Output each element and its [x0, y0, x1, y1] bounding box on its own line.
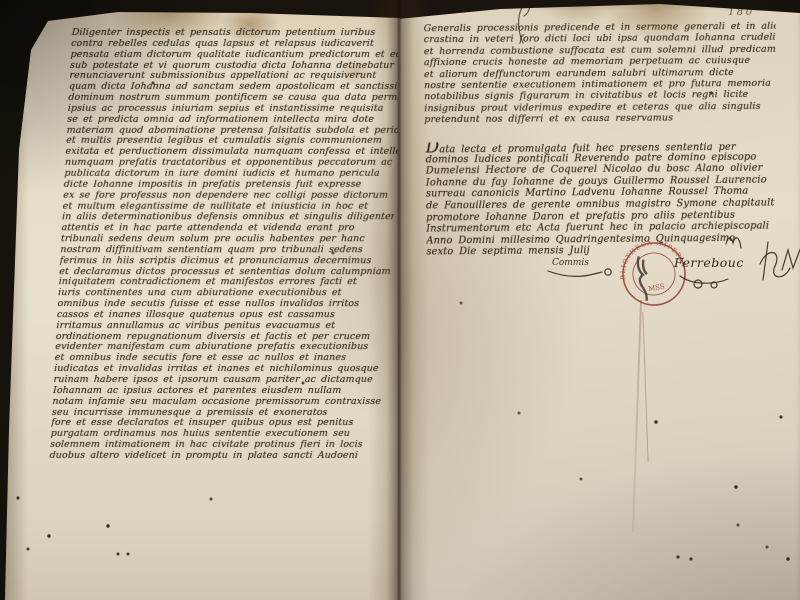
manuscript-line: se et predicta omnia ad informationem in…	[67, 115, 400, 126]
page-crease	[632, 300, 642, 532]
signature-name: Ferrebouc	[673, 255, 744, 270]
notary-signature: Ferrebouc	[664, 234, 800, 306]
manuscript-left-page: Diligenter inspectis et pensatis dictoru…	[0, 0, 400, 600]
manuscript-line: et multum elegantissime de nullitate et …	[62, 202, 395, 213]
manuscript-line: et multis presentia legibus et cumulatis…	[66, 136, 399, 147]
manuscript-line: iudicatas et invalidas irritas et inanes…	[54, 364, 387, 375]
manuscript-line: evidenter manifestam cum abiuratione pre…	[55, 342, 388, 353]
manuscript-line: duobus altero videlicet in promptu in pl…	[49, 451, 382, 462]
manuscript-line: ipsius ac processus iniuriam sepius et i…	[67, 104, 400, 115]
signature-underline-flourish	[680, 276, 728, 283]
manuscript-line: ruinam habere ipsos et ipsorum causam pa…	[53, 375, 386, 386]
manuscript-line: publicata dictorum in iure domini iudici…	[64, 169, 397, 180]
foxing-specks-right	[398, 0, 400, 2]
manuscript-line: et declaramus dictos processus et senten…	[59, 267, 392, 278]
marginal-note-text: Commis	[552, 258, 589, 268]
folio-number: 180	[728, 7, 755, 18]
manuscript-line: quam dicta Iohanna ad sanctam sedem apos…	[69, 82, 402, 93]
manuscript-line: Diligenter inspectis et pensatis dictoru…	[71, 28, 404, 39]
manuscript-line: dominum nostrum summum pontificem se cau…	[68, 93, 401, 104]
manuscript-line: attentis et in hac parte attendenda et v…	[61, 223, 394, 234]
manuscript-line: cassos et inanes illosque quatenus opus …	[57, 310, 390, 321]
manuscript-line: numquam prefatis tractatoribus et oppone…	[65, 158, 398, 169]
manuscript-right-page: 180 Generalis processionis predicende et…	[398, 0, 800, 600]
manuscript-line: pretendunt nos differri et ex causa rese…	[424, 112, 776, 126]
manuscript-line: materiam quod abominatione pretensa fals…	[66, 126, 399, 137]
manuscript-line: iniquitatem contradictionem et manifesto…	[58, 277, 391, 288]
pen-trail-line	[642, 312, 648, 462]
manuscript-line: et omnibus inde secutis fore et esse ac …	[54, 353, 387, 364]
right-page-paragraph-1: Generalis processionis predicende et in …	[424, 21, 777, 126]
left-page-text: Diligenter inspectis et pensatis dictoru…	[49, 28, 404, 462]
signature-paraph-stroke	[763, 242, 768, 280]
manuscript-line: purgatam ordinamus nos huius sententie e…	[50, 429, 383, 440]
manuscript-line: ex se fore professus non dependere nec c…	[63, 191, 396, 202]
manuscript-line: in aliis determinationibus defensis omni…	[62, 212, 395, 223]
manuscript-line: ordinationem repugnationum diversis et f…	[56, 332, 389, 343]
manuscript-line: pensata etiam dictorum qualitate iudican…	[70, 50, 403, 61]
manuscript-line: sub potestate et vi quorum custodia dict…	[70, 61, 403, 72]
manuscript-line: omnibus inde secutis fuisse et esse null…	[57, 299, 390, 310]
manuscript-line: notam infamie seu maculam occasione prem…	[52, 397, 385, 408]
signature-paraph-zigzag	[782, 247, 800, 270]
manuscript-line: irritamus annullamus ac viribus penitus …	[56, 321, 389, 332]
manuscript-line: renunciaverunt submissionibus appellatio…	[69, 71, 402, 82]
foxing-specks-left	[0, 0, 2, 2]
manuscript-line: ferimus in hiis scriptis dicimus et pron…	[59, 256, 392, 267]
manuscript-line: nostram diffinitivam sententiam quam pro…	[60, 245, 393, 256]
manuscript-photo: Diligenter inspectis et pensatis dictoru…	[0, 0, 800, 600]
manuscript-line: Iohannam ac ipsius actores et parentes e…	[53, 386, 386, 397]
manuscript-line: contra rebelles cedulas quas lapsus et r…	[71, 39, 404, 50]
manuscript-line: iuris continentes una cum abiuratione ex…	[58, 288, 391, 299]
manuscript-line: dicte Iohanne impositis in prefatis pret…	[63, 180, 396, 191]
manuscript-line: seu incurrisse immunesque a premissis et…	[52, 408, 385, 419]
manuscript-line: solemnem intimationem in hac civitate pr…	[50, 440, 383, 451]
manuscript-line: fore et esse declaratos et insuper quibu…	[51, 418, 384, 429]
manuscript-line: tribunali sedens deum solum pre oculis h…	[61, 234, 394, 245]
manuscript-line: exitata et perductionem dissimulata numq…	[65, 147, 398, 158]
stamp-center-text: MSS	[648, 282, 666, 293]
signature-flourish-top	[726, 238, 741, 248]
